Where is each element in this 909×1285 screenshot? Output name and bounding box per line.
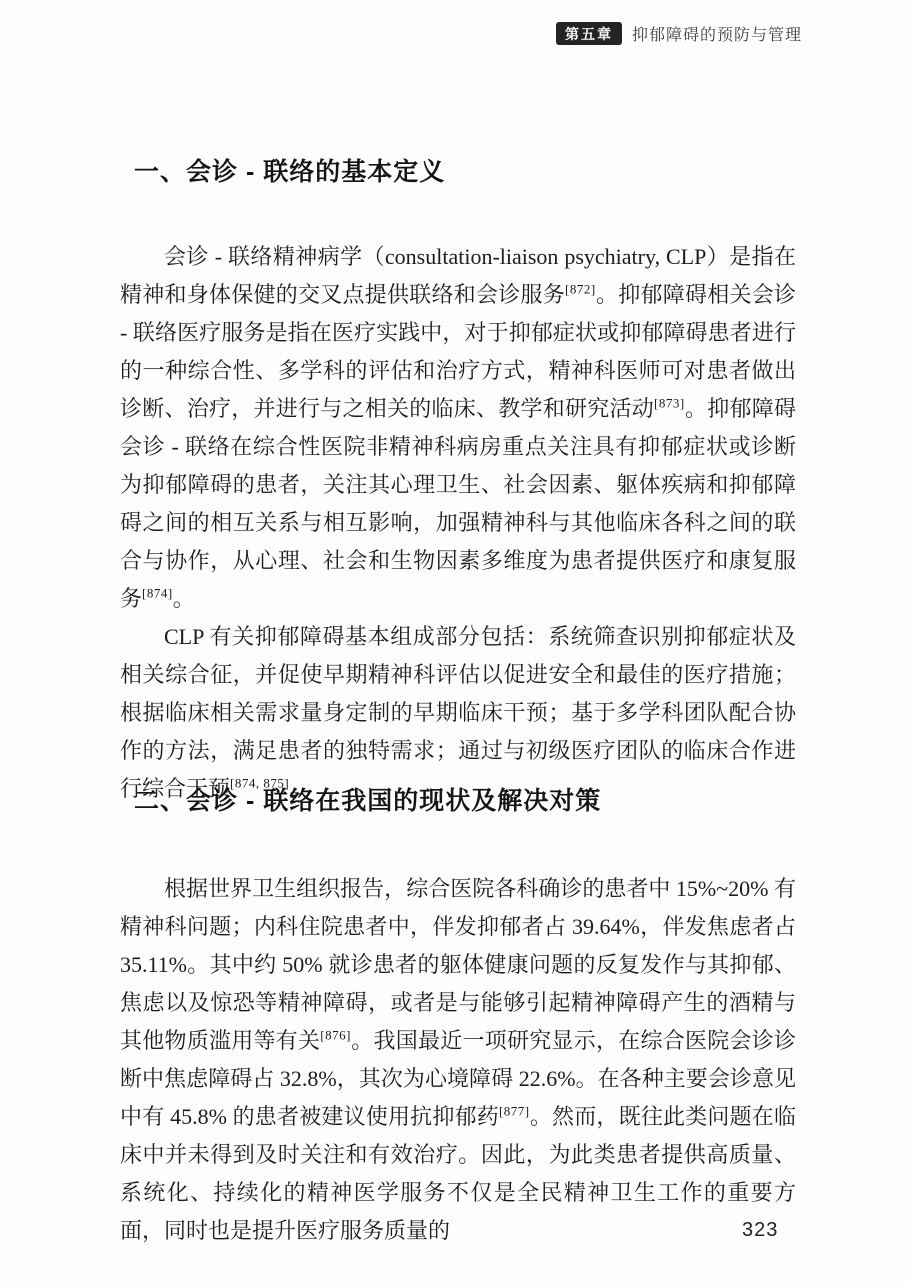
reference-marker: [874] <box>142 586 173 601</box>
reference-marker: [876] <box>320 1028 351 1043</box>
section-heading-definition: 一、会诊 - 联络的基本定义 <box>134 152 445 188</box>
chapter-title: 抑郁障碍的预防与管理 <box>632 22 802 45</box>
section-heading-status: 二、会诊 - 联络在我国的现状及解决对策 <box>134 781 601 817</box>
book-page: 第五章 抑郁障碍的预防与管理 一、会诊 - 联络的基本定义 会诊 - 联络精神病… <box>0 0 909 1285</box>
paragraph: 根据世界卫生组织报告，综合医院各科确诊的患者中 15%~20% 有精神科问题；内… <box>120 870 796 1250</box>
page-number: 323 <box>742 1219 778 1242</box>
paragraph: 会诊 - 联络精神病学（consultation-liaison psychia… <box>120 238 796 618</box>
running-header: 第五章 抑郁障碍的预防与管理 <box>556 22 802 45</box>
section-body-definition: 会诊 - 联络精神病学（consultation-liaison psychia… <box>120 238 796 808</box>
paragraph: CLP 有关抑郁障碍基本组成部分包括：系统筛查识别抑郁症状及相关综合征，并促使早… <box>120 618 796 808</box>
section-body-status: 根据世界卫生组织报告，综合医院各科确诊的患者中 15%~20% 有精神科问题；内… <box>120 870 796 1250</box>
reference-marker: [873] <box>654 396 685 411</box>
chapter-badge: 第五章 <box>556 22 622 45</box>
reference-marker: [877] <box>499 1104 530 1119</box>
reference-marker: [872] <box>565 282 596 297</box>
